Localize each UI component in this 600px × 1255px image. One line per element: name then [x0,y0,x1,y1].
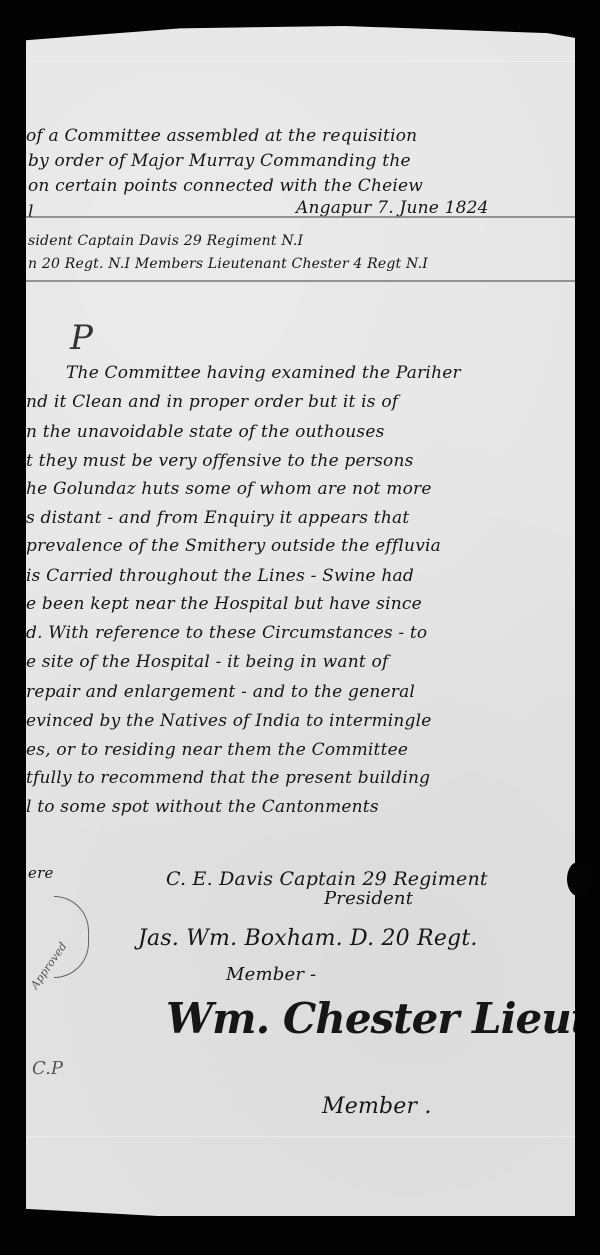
header-line: of a Committee assembled at the requisit… [26,126,417,146]
scan-artifact-line [26,1136,575,1137]
body-line: is Carried throughout the Lines - Swine … [26,566,414,586]
margin-note-top: ere [28,864,54,882]
body-line: evinced by the Natives of India to inter… [26,711,432,731]
document-page: of a Committee assembled at the requisit… [26,26,575,1216]
signature-member-2: Wm. Chester Lieut. [166,994,600,1043]
members-line-members: n 20 Regt. N.I Members Lieutenant Cheste… [28,256,428,272]
body-line: e site of the Hospital - it being in wan… [26,652,388,672]
body-line: he Golundaz huts some of whom are not mo… [26,479,432,499]
body-line: t they must be very offensive to the per… [26,451,414,471]
margin-bracket [54,896,89,978]
signature-member-1: Jas. Wm. Boxham. D. 20 Regt. [138,926,478,951]
scan-background: of a Committee assembled at the requisit… [0,0,600,1255]
body-line: nd it Clean and in proper order but it i… [26,392,398,412]
members-rule [26,280,575,282]
header-line: by order of Major Murray Commanding the [28,151,411,171]
signature-member-1-role: Member - [226,964,316,985]
header-line: l [28,202,34,222]
scan-artifact-line [26,61,575,62]
header-line: on certain points connected with the Che… [28,176,423,196]
body-line: d. With reference to these Circumstances… [26,623,427,643]
body-line: repair and enlargement - and to the gene… [26,682,415,702]
body-line: e been kept near the Hospital but have s… [26,594,422,614]
signature-president-role: President [324,888,413,909]
body-line: l to some spot without the Cantonments [26,797,379,817]
body-line: prevalence of the Smithery outside the e… [26,536,441,556]
place-date: Angapur 7. June 1824 [296,198,489,218]
paragraph-mark: P [70,318,93,358]
body-line: es, or to residing near them the Committ… [26,740,408,760]
body-line: tfully to recommend that the present bui… [26,768,430,788]
header-rule [26,216,575,218]
body-line: The Committee having examined the Parihe… [66,363,461,383]
signature-member-2-role: Member . [322,1094,432,1119]
body-line: n the unavoidable state of the outhouses [26,422,385,442]
members-line-president: sident Captain Davis 29 Regiment N.I [28,233,303,249]
body-line: s distant - and from Enquiry it appears … [26,508,409,528]
ink-blot [567,862,589,896]
margin-note-bottom: C.P [32,1058,63,1079]
signature-president: C. E. Davis Captain 29 Regiment [166,868,488,890]
